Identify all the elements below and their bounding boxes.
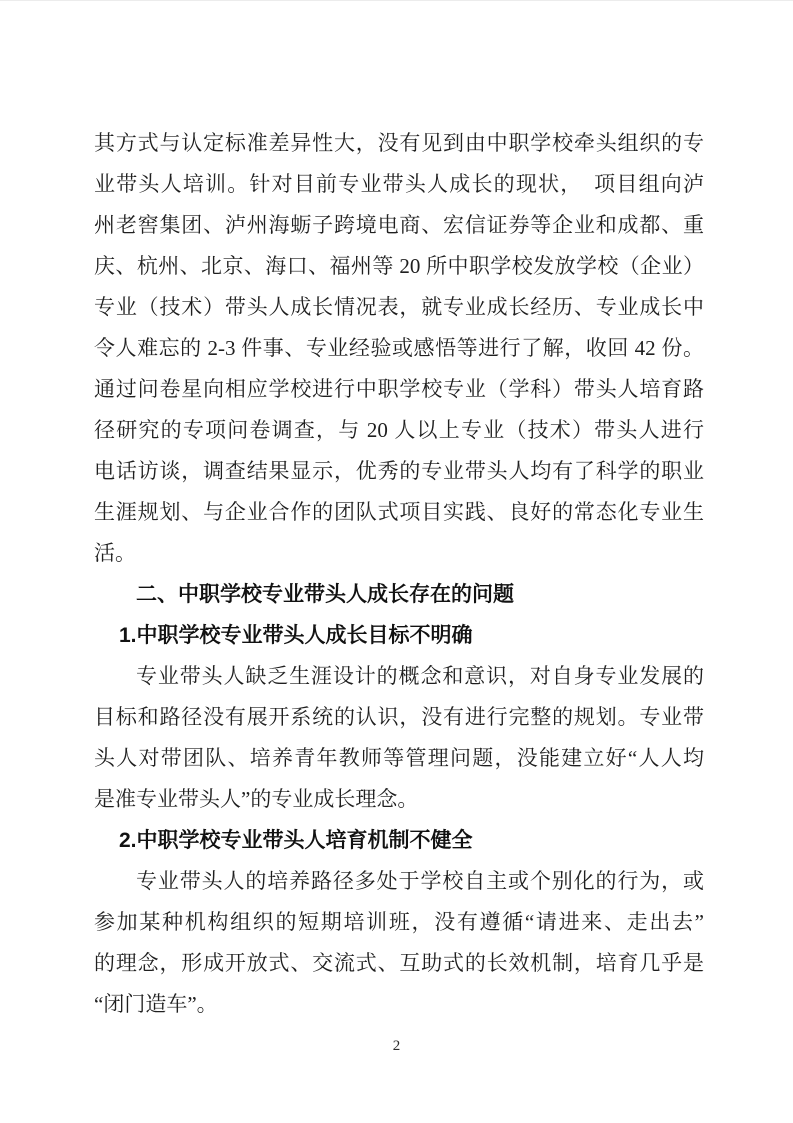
- page-footer: 2: [0, 1035, 793, 1057]
- body-text-line: 专业带头人缺乏生涯设计的概念和意识，对自身专业发展的: [94, 656, 704, 697]
- body-text-line: “闭门造车”。: [94, 984, 704, 1025]
- section-heading: 二、中职学校专业带头人成长存在的问题: [94, 574, 704, 615]
- body-text-line: 参加某种机构组织的短期培训班，没有遵循“请进来、走出去”: [94, 902, 704, 943]
- body-text-line: 目标和路径没有展开系统的认识，没有进行完整的规划。专业带: [94, 697, 704, 738]
- body-text-line: 活。: [94, 533, 704, 574]
- body-text-line: 州老窖集团、泸州海蛎子跨境电商、宏信证券等企业和成都、重: [94, 205, 704, 246]
- body-text-line: 业带头人培训。针对目前专业带头人成长的现状， 项目组向泸: [94, 164, 704, 205]
- body-text-line: 专业（技术）带头人成长情况表，就专业成长经历、专业成长中: [94, 287, 704, 328]
- body-text-line: 生涯规划、与企业合作的团队式项目实践、良好的常态化专业生: [94, 492, 704, 533]
- document-page: 其方式与认定标准差异性大，没有见到由中职学校牵头组织的专 业带头人培训。针对目前…: [0, 0, 793, 1123]
- page-number: 2: [393, 1038, 401, 1054]
- body-text-line: 专业带头人的培养路径多处于学校自主或个别化的行为，或: [94, 861, 704, 902]
- body-text-line: 径研究的专项问卷调查，与 20 人以上专业（技术）带头人进行: [94, 410, 704, 451]
- body-text-line: 是准专业带头人”的专业成长理念。: [94, 779, 704, 820]
- body-text-line: 头人对带团队、培养青年教师等管理问题，没能建立好“人人均: [94, 738, 704, 779]
- body-text-line: 其方式与认定标准差异性大，没有见到由中职学校牵头组织的专: [94, 123, 704, 164]
- body-text-line: 令人难忘的 2-3 件事、专业经验或感悟等进行了解，收回 42 份。: [94, 328, 704, 369]
- subsection-heading-2: 2.中职学校专业带头人培育机制不健全: [94, 820, 704, 861]
- text-column: 其方式与认定标准差异性大，没有见到由中职学校牵头组织的专 业带头人培训。针对目前…: [94, 123, 704, 1025]
- body-text-line: 庆、杭州、北京、海口、福州等 20 所中职学校发放学校（企业）: [94, 246, 704, 287]
- body-text-line: 电话访谈，调查结果显示，优秀的专业带头人均有了科学的职业: [94, 451, 704, 492]
- body-text-line: 的理念，形成开放式、交流式、互助式的长效机制，培育几乎是: [94, 943, 704, 984]
- subsection-heading-1: 1.中职学校专业带头人成长目标不明确: [94, 615, 704, 656]
- body-text-line: 通过问卷星向相应学校进行中职学校专业（学科）带头人培育路: [94, 369, 704, 410]
